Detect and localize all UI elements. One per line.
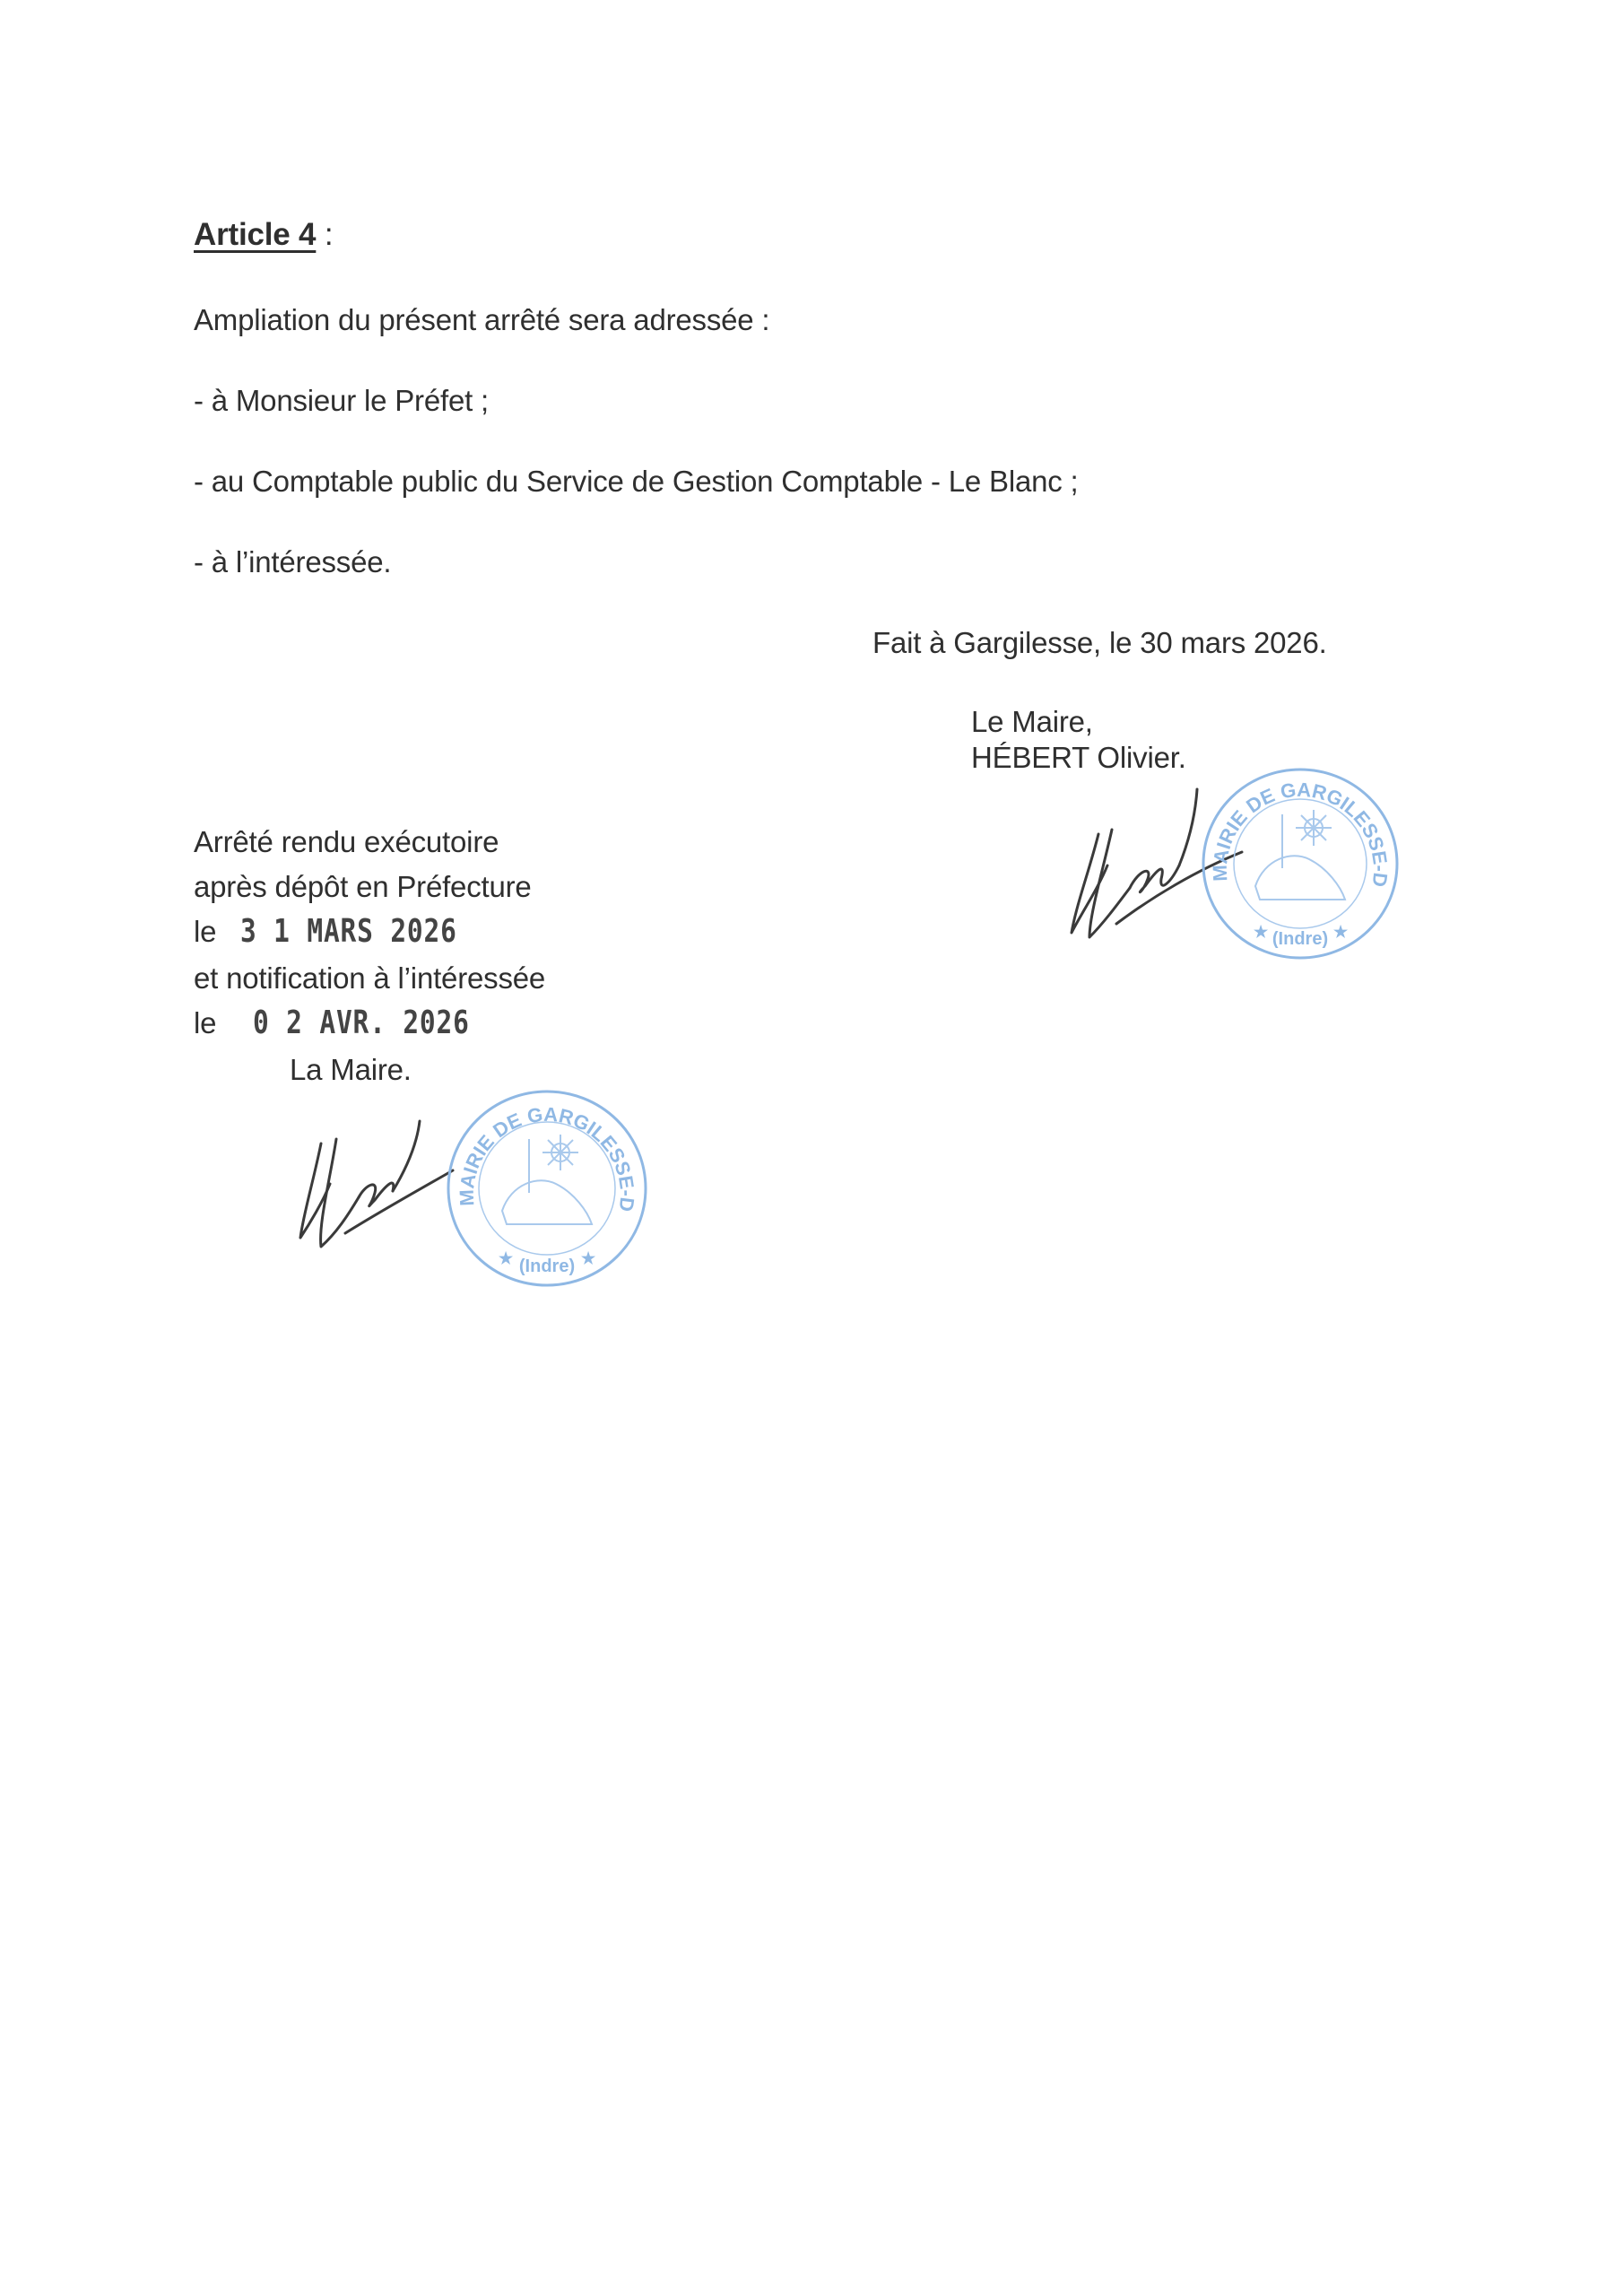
seal-star-right: ★	[1333, 923, 1349, 941]
prefecture-date-le: le	[194, 915, 216, 948]
enforceability-signatory: La Maire.	[290, 1052, 412, 1088]
notification-date-stamp: 0 2 AVR. 2026	[253, 1005, 470, 1041]
marianne-emblem-icon	[1255, 810, 1345, 900]
seal-bottom-text: (Indre)	[519, 1257, 575, 1276]
seal-star-right: ★	[581, 1249, 596, 1267]
notification-date-row: le 0 2 AVR. 2026	[194, 1005, 517, 1041]
place-and-date: Fait à Gargilesse, le 30 mars 2026.	[872, 625, 1327, 661]
enforceable-line-3: et notification à l’intéressée	[194, 961, 545, 996]
notification-date-le: le	[194, 1006, 216, 1039]
seal-star-left: ★	[499, 1249, 514, 1267]
article-number: Article 4	[194, 217, 316, 252]
seal-outer-text: MAIRIE DE GARGILESSE-DAMPIERRE	[1193, 761, 1392, 888]
ampliation-intro: Ampliation du présent arrêté sera adress…	[194, 302, 769, 338]
recipient-comptable: - au Comptable public du Service de Gest…	[194, 464, 1079, 500]
signatory-title: Le Maire,	[971, 704, 1093, 740]
recipient-interessee: - à l’intéressée.	[194, 544, 391, 580]
svg-text:MAIRIE DE GARGILESSE-DAMPIERRE: MAIRIE DE GARGILESSE-DAMPIERRE	[1193, 761, 1392, 888]
prefecture-date-stamp: 3 1 MARS 2026	[240, 914, 457, 950]
svg-text:MAIRIE DE GARGILESSE-DAMPIERRE: MAIRIE DE GARGILESSE-DAMPIERRE	[439, 1085, 638, 1213]
recipient-prefet: - à Monsieur le Préfet ;	[194, 383, 489, 419]
marianne-emblem-icon	[502, 1135, 592, 1224]
article-heading-colon: :	[316, 217, 333, 252]
seal-star-left: ★	[1254, 923, 1269, 941]
town-hall-seal-right: MAIRIE DE GARGILESSE-DAMPIERRE (Indre) ★…	[1193, 761, 1408, 967]
seal-outer-text: MAIRIE DE GARGILESSE-DAMPIERRE	[439, 1085, 638, 1213]
town-hall-seal-left: MAIRIE DE GARGILESSE-DAMPIERRE (Indre) ★…	[439, 1085, 655, 1291]
seal-bottom-text: (Indre)	[1272, 929, 1328, 949]
prefecture-date-row: le 3 1 MARS 2026	[194, 914, 505, 950]
article-heading: Article 4 :	[194, 217, 333, 253]
enforceable-line-2: après dépôt en Préfecture	[194, 869, 532, 905]
enforceable-line-1: Arrêté rendu exécutoire	[194, 824, 499, 860]
signatory-name: HÉBERT Olivier.	[971, 740, 1186, 776]
